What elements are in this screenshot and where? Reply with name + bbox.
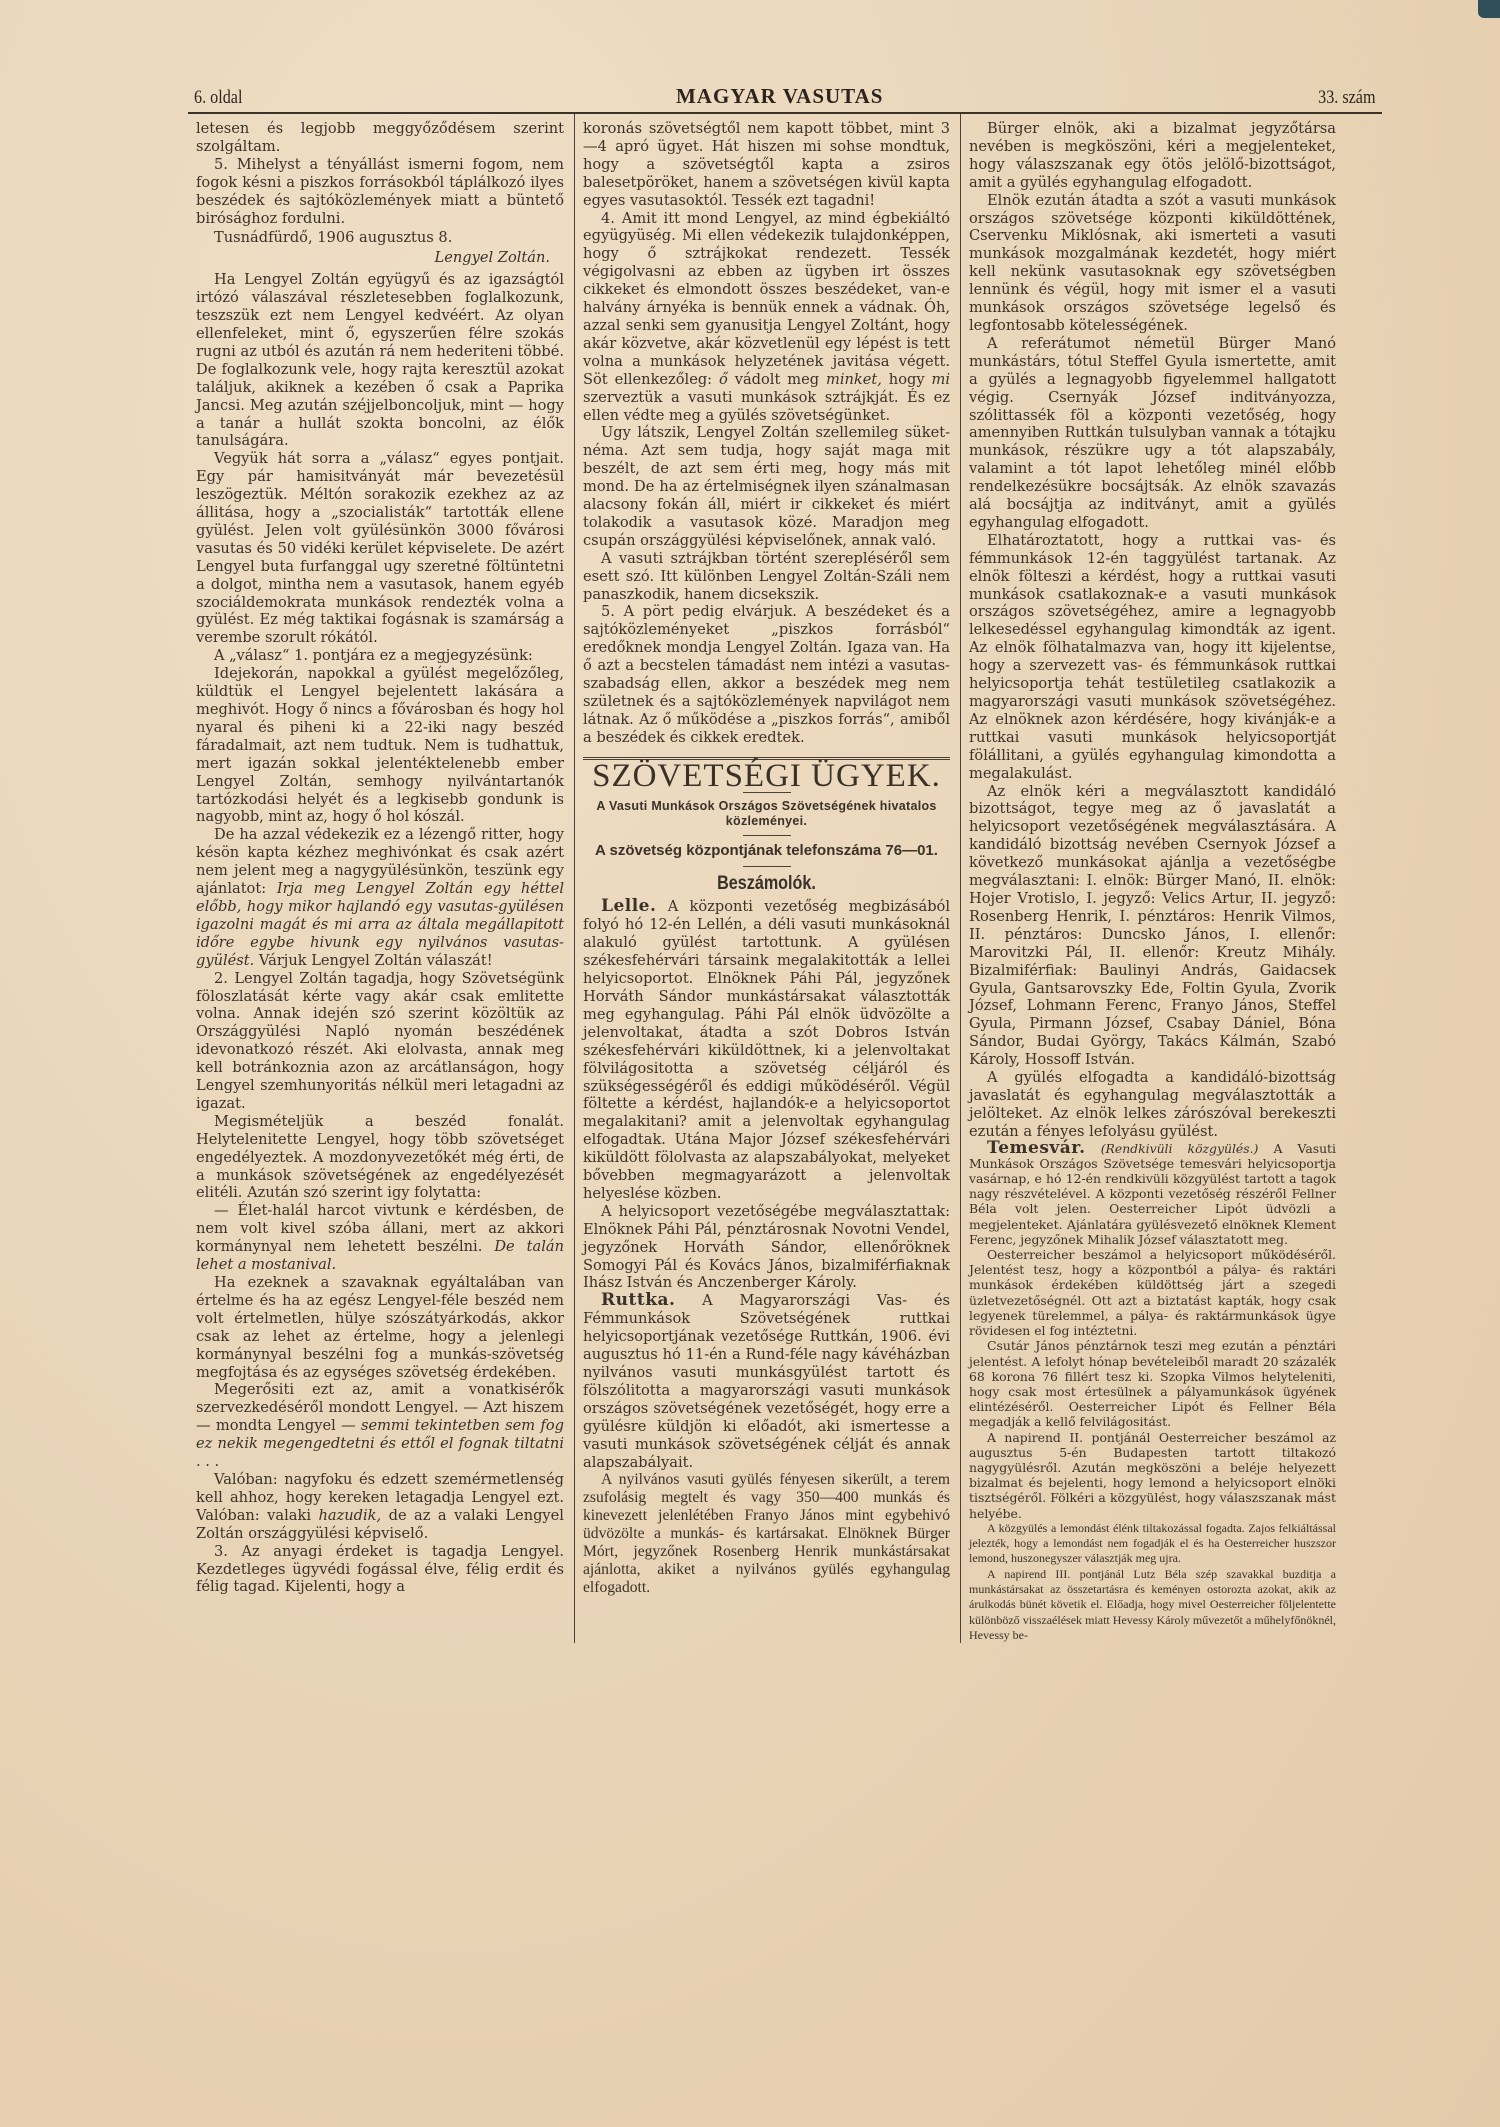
- paragraph: Bürger elnök, aki a bizalmat jegyzőtársa…: [969, 120, 1336, 192]
- paragraph: A közgyülés a lemondást élénk tiltakozás…: [969, 1521, 1336, 1567]
- signature: Lengyel Zoltán.: [196, 249, 564, 267]
- italic-text: ő: [719, 371, 728, 388]
- paragraph: Elhatároztatott, hogy a ruttkai vas- és …: [969, 532, 1336, 783]
- scan-corner-tab: [1478, 0, 1500, 18]
- paragraph: — Élet-halál harcot vivtunk e kérdésben,…: [196, 1202, 564, 1274]
- paragraph: Az elnök kéri a megválasztott kandidáló …: [969, 783, 1336, 1070]
- paragraph: 5. Mihelyst a tényállást ismerni fogom, …: [196, 156, 564, 228]
- place-name: Temesvár.: [987, 1138, 1086, 1158]
- column-3: Bürger elnök, aki a bizalmat jegyzőtársa…: [960, 114, 1346, 1643]
- paragraph: Oesterreicher beszámol a helyicsoport mű…: [969, 1247, 1336, 1338]
- place-name: Ruttka.: [601, 1290, 675, 1310]
- text: A Magyarországi Vas- és Fémmunkások Szöv…: [583, 1292, 950, 1470]
- place-name: Lelle.: [601, 896, 656, 916]
- paragraph: letesen és legjobb meggyőződésem szerint…: [196, 120, 564, 156]
- paragraph: A nyilvános vasuti gyülés fényesen siker…: [583, 1471, 950, 1596]
- paragraph: De ha azzal védekezik ez a lézengő ritte…: [196, 826, 564, 969]
- paragraph: Megismételjük a beszéd fonalát. Helytele…: [196, 1113, 564, 1203]
- text: vádolt meg: [728, 371, 826, 388]
- short-divider: [743, 866, 791, 867]
- report-temesvar: Temesvár. (Rendkivüli közgyülés.) A Vasu…: [969, 1141, 1336, 1247]
- paragraph: A vasuti sztrájkban történt szereplésérő…: [583, 550, 950, 604]
- paragraph: 3. Az anyagi érdeket is tagadja Lengyel.…: [196, 1543, 564, 1597]
- section-subtitle: A Vasuti Munkások Országos Szövetségének…: [583, 799, 950, 829]
- short-divider: [743, 835, 791, 836]
- paragraph: Megerősiti ezt az, amit a vonatkisérők s…: [196, 1381, 564, 1471]
- paragraph: Valóban: nagyfoku és edzett szemérmetlen…: [196, 1471, 564, 1543]
- italic-text: hazudik,: [318, 1507, 381, 1524]
- reports-heading: Beszámolók.: [611, 875, 923, 893]
- paragraph: A referátumot németül Bürger Manó munkás…: [969, 335, 1336, 532]
- text: 4. Amit itt mond Lengyel, az mind égbeki…: [583, 210, 950, 388]
- issue-number: 33. szám: [1319, 87, 1376, 109]
- paragraph: Ha ezeknek a szavaknak egyáltalában van …: [196, 1274, 564, 1381]
- section-title: SZÖVETSÉGI ÜGYEK.: [583, 768, 950, 786]
- text: A központi vezetőség megbizásából folyó …: [583, 898, 950, 1202]
- column-2: koronás szövetségtől nem kapott többet, …: [574, 114, 960, 1643]
- phone-notice: A szövetség központjának telefonszáma 76…: [583, 842, 950, 860]
- paragraph: A helyicsoport vezetőségébe megválasztat…: [583, 1203, 950, 1293]
- paragraph: 2. Lengyel Zoltán tagadja, hogy Szövetsé…: [196, 970, 564, 1113]
- text: hogy: [882, 371, 932, 388]
- page-number: 6. oldal: [194, 87, 242, 109]
- text: A Vasuti Munkások Országos Szövetsége te…: [969, 1141, 1336, 1247]
- text: Idejekorán, napokkal a gyülést megelőzől…: [196, 665, 564, 825]
- paragraph: Elnök ezután átadta a szót a vasuti munk…: [969, 192, 1336, 335]
- paragraph: Idejekorán, napokkal a gyülést megelőzől…: [196, 665, 564, 826]
- paragraph: Vegyük hát sorra a „válasz“ egyes pontja…: [196, 450, 564, 647]
- italic-text: (Rendkivüli közgyülés.): [1086, 1141, 1259, 1156]
- text: szerveztük a vasuti munkások sztrájkját.…: [583, 389, 950, 424]
- paragraph: koronás szövetségtől nem kapott többet, …: [583, 120, 950, 210]
- paragraph: 4. Amit itt mond Lengyel, az mind égbeki…: [583, 210, 950, 425]
- paragraph: Ha Lengyel Zoltán együgyű és az igazságt…: [196, 271, 564, 450]
- article-columns: letesen és legjobb meggyőződésem szerint…: [188, 114, 1382, 1643]
- paragraph: Csutár János pénztárnok teszi meg ezután…: [969, 1338, 1336, 1429]
- paragraph: A „válasz“ 1. pontjára ez a megjegyzésün…: [196, 647, 564, 665]
- report-lelle: Lelle. A központi vezetőség megbizásából…: [583, 898, 950, 1202]
- italic-text: mi: [931, 371, 950, 388]
- column-1: letesen és legjobb meggyőződésem szerint…: [188, 114, 574, 1643]
- report-ruttka: Ruttka. A Magyarországi Vas- és Fémmunká…: [583, 1292, 950, 1471]
- newspaper-title: MAGYAR VASUTAS: [676, 84, 884, 109]
- dateline: Tusnádfürdő, 1906 augusztus 8.: [196, 229, 564, 247]
- masthead: 6. oldal MAGYAR VASUTAS 33. szám: [188, 84, 1382, 110]
- paragraph: A napirend II. pontjánál Oesterreicher b…: [969, 1430, 1336, 1521]
- text: Várjuk Lengyel Zoltán válaszát!: [254, 952, 492, 969]
- paragraph: A napirend III. pontjánál Lutz Béla szép…: [969, 1567, 1336, 1643]
- newspaper-page: 6. oldal MAGYAR VASUTAS 33. szám letesen…: [188, 84, 1382, 1643]
- paragraph: A gyülés elfogadta a kandidáló-bizottság…: [969, 1069, 1336, 1141]
- paragraph: Ugy látszik, Lengyel Zoltán szellemileg …: [583, 424, 950, 549]
- paragraph: 5. A pört pedig elvárjuk. A beszédeket é…: [583, 603, 950, 746]
- italic-text: minket,: [826, 371, 882, 388]
